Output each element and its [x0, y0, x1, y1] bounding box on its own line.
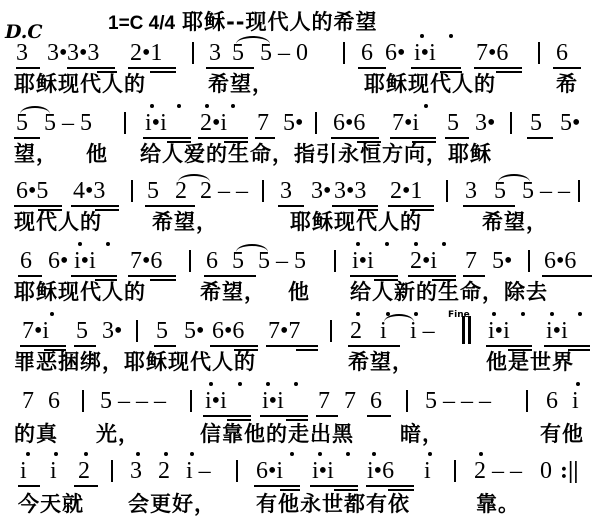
note: 7•i — [22, 318, 49, 344]
tie-slur — [236, 244, 268, 252]
lyric: 会更好， — [128, 492, 216, 516]
note: 6•6 — [544, 248, 576, 274]
beam-underline — [71, 205, 119, 207]
note: 5 – – – — [425, 388, 491, 414]
note: 5 – – – — [100, 388, 166, 414]
lyric: 信靠他的走出黑 — [200, 422, 354, 446]
beam-underline — [486, 345, 532, 347]
beam-underline — [280, 489, 300, 491]
octave-dot — [209, 382, 213, 386]
note: 6•5 — [16, 178, 48, 204]
lyric: 希望， — [208, 72, 274, 96]
note: 7 — [257, 110, 269, 136]
beam-underline — [260, 415, 308, 417]
lyric: 他 — [86, 142, 108, 166]
octave-dot — [318, 452, 322, 456]
beam-underline — [203, 415, 251, 417]
note: i•i — [262, 388, 284, 414]
beam-underline — [204, 275, 256, 277]
octave-dot — [492, 312, 496, 316]
beam-underline — [278, 205, 304, 207]
barline — [330, 320, 332, 342]
note: 2 – – — [474, 458, 522, 484]
octave-dot — [442, 242, 446, 246]
notes-line-2: 5 5 – 5 i•i 2•i 7 5• 6•6 7•i 5 3• 5 5• — [0, 110, 600, 136]
note: i•i — [145, 110, 167, 136]
note: i – — [186, 458, 211, 484]
beam-underline — [14, 205, 62, 207]
note: 7•7 — [268, 318, 300, 344]
note: 3 — [209, 40, 221, 66]
barline — [578, 180, 580, 202]
fine-barline — [462, 316, 465, 344]
note: i•i — [414, 40, 436, 66]
octave-dot — [356, 242, 360, 246]
note: 5 — [156, 318, 168, 344]
notes-line-1: 3 3• 3•3 2•1 3 5 5 – 0 6 6• i•i 7•6 6 — [0, 40, 600, 66]
note: 3• — [475, 110, 495, 136]
lyric: 光， — [96, 422, 140, 446]
note: i•6 — [367, 458, 394, 484]
note: 3 — [280, 178, 292, 204]
beam-underline — [553, 67, 581, 69]
lyric: 他 — [288, 280, 310, 304]
barline — [124, 112, 126, 134]
beam-underline — [254, 485, 300, 487]
lyrics-line-4: 耶稣现代人的 希望， 他 给人新的生命，除去 — [0, 280, 600, 306]
octave-dot — [521, 312, 525, 316]
note: 3• — [47, 40, 67, 66]
note: 7 — [465, 248, 477, 274]
barline — [315, 112, 317, 134]
note: 5 — [147, 178, 159, 204]
note: 5 — [530, 110, 542, 136]
lyric: 有他永世都有依 — [256, 492, 410, 516]
note: 5 — [447, 110, 459, 136]
octave-dot — [346, 452, 350, 456]
barline — [136, 320, 138, 342]
barline — [189, 250, 191, 272]
beam-underline — [463, 275, 485, 277]
beam-underline — [145, 205, 195, 207]
octave-dot — [54, 452, 58, 456]
lyrics-line-7: 今天就 会更好， 有他永世都有依 靠。 — [0, 492, 600, 518]
octave-dot — [449, 34, 453, 38]
note: 3• — [311, 178, 331, 204]
lyric: 给人爱的生命，指引永恒方向，耶稣 — [140, 142, 492, 166]
lyric: 靠。 — [476, 492, 520, 516]
octave-dot — [550, 312, 554, 316]
notes-line-3: 6•5 4•3 5 2 2 – – 3 3• 3•3 2•1 3 5 5 – – — [0, 178, 600, 204]
barline — [406, 390, 408, 412]
lyrics-line-2: 望， 他 给人爱的生命，指引永恒方向，耶稣 — [0, 142, 600, 168]
beam-underline — [334, 489, 358, 491]
note: 7 — [22, 388, 34, 414]
beam-underline — [348, 345, 400, 347]
tie-slur — [178, 174, 210, 182]
octave-dot — [231, 104, 235, 108]
beam-underline — [367, 415, 391, 417]
note: 2•i — [200, 110, 227, 136]
beam-underline — [128, 67, 176, 69]
beam-underline — [366, 485, 414, 487]
beam-underline — [388, 205, 434, 207]
note: 3•3 — [334, 178, 366, 204]
beam-underline — [206, 67, 254, 69]
beam-underline — [18, 275, 42, 277]
octave-dot — [372, 452, 376, 456]
barline — [334, 250, 336, 272]
octave-dot — [576, 382, 580, 386]
beam-underline — [331, 137, 379, 139]
sheet-music-page: D.C 1=C 4/4 耶稣--现代人的希望 3 3• 3•3 2•1 3 5 … — [0, 0, 600, 526]
note: 6 — [556, 40, 568, 66]
note: 6•6 — [212, 318, 244, 344]
lyric: 希望， — [152, 210, 218, 234]
lyric: 他是世界 — [486, 350, 574, 374]
note: 5 – 5 — [44, 110, 92, 136]
octave-dot — [424, 104, 428, 108]
beam-underline — [210, 345, 258, 347]
note: 5• — [560, 110, 580, 136]
beam-underline — [408, 275, 456, 277]
octave-dot — [136, 452, 140, 456]
beam-underline — [71, 275, 117, 277]
notes-line-4: 6 6• i•i 7•6 6 5 5 – 5 i•i 2•i 7 5• 6•6 — [0, 248, 600, 274]
note: 2 — [78, 458, 90, 484]
note: 6•6 — [333, 110, 365, 136]
barline — [82, 390, 84, 412]
beam-underline — [16, 67, 40, 69]
octave-dot — [84, 452, 88, 456]
beam-underline — [198, 137, 248, 139]
octave-dot — [190, 452, 194, 456]
tie-slur — [236, 36, 270, 44]
beam-underline — [255, 137, 275, 139]
octave-dot — [50, 312, 54, 316]
note: i•i — [74, 248, 96, 274]
octave-dot — [414, 242, 418, 246]
note: 5 — [76, 318, 88, 344]
tie-slur — [20, 106, 50, 114]
beam-underline — [463, 205, 515, 207]
octave-dot — [177, 104, 181, 108]
lyric: 暗， — [400, 422, 444, 446]
octave-dot — [356, 312, 360, 316]
note: i•i — [488, 318, 510, 344]
note: 3•3 — [67, 40, 99, 66]
note: 7 — [344, 388, 356, 414]
note: 3• — [102, 318, 122, 344]
lyric: 希望， — [348, 350, 414, 374]
barline — [343, 42, 345, 64]
barline — [454, 460, 456, 482]
barline — [190, 390, 192, 412]
note: 6 — [546, 388, 558, 414]
octave-dot — [578, 312, 582, 316]
note: 7•6 — [130, 248, 162, 274]
barline — [192, 42, 194, 64]
lyric: 罪恶捆绑，耶稣现代人的 — [14, 350, 256, 374]
beam-underline — [14, 137, 40, 139]
repeat-end-sign: :|| — [560, 458, 579, 484]
beam-underline — [18, 485, 40, 487]
note: 2 — [350, 318, 362, 344]
beam-underline — [74, 485, 98, 487]
note: 5• — [492, 248, 512, 274]
beam-underline — [390, 137, 436, 139]
lyric: 耶稣现代人的 — [14, 72, 146, 96]
lyrics-line-5: 罪恶捆绑，耶稣现代人的 希望， 他是世界 — [0, 350, 600, 376]
beam-underline — [544, 345, 590, 347]
note: 6• — [385, 40, 405, 66]
header: 1=C 4/4 耶稣--现代人的希望 — [108, 6, 378, 36]
note: 0 — [540, 458, 552, 484]
note: 6 — [361, 40, 373, 66]
barline — [538, 42, 540, 64]
note: 2•1 — [390, 178, 422, 204]
fine-barline — [468, 316, 471, 344]
notes-line-5: 7•i 5 3• 5 5• 6•6 7•7 2 i i – Fine i•i i… — [0, 318, 600, 344]
beam-underline — [20, 345, 66, 347]
note: i•i — [352, 248, 374, 274]
octave-dot — [420, 34, 424, 38]
octave-dot — [26, 452, 30, 456]
beam-underline — [445, 137, 469, 139]
beam-underline — [388, 489, 414, 491]
lyric: 耶稣现代人的 — [290, 210, 422, 234]
beam-underline — [350, 275, 398, 277]
lyric: 望， — [14, 142, 58, 166]
tie-slur — [498, 174, 530, 182]
note: 6 — [48, 388, 60, 414]
note: 7•i — [392, 110, 419, 136]
barline — [111, 460, 113, 482]
note: i•i — [546, 318, 568, 344]
beam-underline — [286, 419, 308, 421]
barline — [446, 180, 448, 202]
note: 6 — [20, 248, 32, 274]
octave-dot — [385, 242, 389, 246]
lyrics-line-3: 现代人的 希望， 耶稣现代人的 希望， — [0, 210, 600, 236]
octave-dot — [294, 382, 298, 386]
lyric: 的真 — [14, 422, 58, 446]
note: 5• — [283, 110, 303, 136]
barline — [131, 180, 133, 202]
note: i•i — [205, 388, 227, 414]
note: i — [20, 458, 27, 484]
note: i•i — [312, 458, 334, 484]
notes-line-6: 7 6 5 – – – i•i i•i 7 7 6 5 – – – 6 i — [0, 388, 600, 414]
octave-dot — [414, 312, 418, 316]
lyric: 有他 — [540, 422, 584, 446]
notes-line-7: i i 2 3 2 i – 6•i i•i i•6 i 2 – – 0 :|| — [0, 458, 600, 484]
lyric: 耶稣现代人的 — [364, 72, 496, 96]
beam-underline — [143, 137, 191, 139]
note: 2 — [158, 458, 170, 484]
lyric: 希 — [556, 72, 578, 96]
beam-underline — [154, 345, 176, 347]
key-signature: 1=C 4/4 — [108, 13, 175, 34]
note: 5• — [184, 318, 204, 344]
octave-dot — [150, 104, 154, 108]
note: 3 — [16, 40, 28, 66]
beam-underline — [358, 67, 386, 69]
song-title: 耶稣--现代人的希望 — [182, 10, 377, 34]
note: 6 — [370, 388, 382, 414]
beam-underline — [74, 345, 96, 347]
octave-dot — [78, 242, 82, 246]
beam-underline — [542, 275, 592, 277]
note: 7 — [318, 388, 330, 414]
note: i — [50, 458, 57, 484]
note: 6 — [206, 248, 218, 274]
note: 2•i — [410, 248, 437, 274]
beam-underline — [128, 275, 176, 277]
beam-underline — [266, 345, 318, 347]
octave-dot — [479, 452, 483, 456]
beam-underline — [67, 67, 115, 69]
note: i — [424, 458, 431, 484]
beam-underline — [316, 415, 338, 417]
octave-dot — [266, 382, 270, 386]
octave-dot — [386, 312, 390, 316]
note: 2•1 — [130, 40, 162, 66]
note: i — [572, 388, 579, 414]
barline — [526, 390, 528, 412]
fine-mark: Fine — [448, 310, 470, 320]
lyrics-line-1: 耶稣现代人的 希望， 耶稣现代人的 希 — [0, 72, 600, 98]
octave-dot — [238, 382, 242, 386]
note: 3 — [130, 458, 142, 484]
lyric: 耶稣现代人的 — [14, 280, 146, 304]
beam-underline — [332, 205, 378, 207]
note: 6•i — [256, 458, 283, 484]
note: 4•3 — [73, 178, 105, 204]
lyric: 今天就 — [18, 492, 84, 516]
octave-dot — [106, 242, 110, 246]
lyrics-line-6: 的真 光， 信靠他的走出黑 暗， 有他 — [0, 422, 600, 448]
beam-underline — [527, 137, 553, 139]
lyric: 现代人的 — [14, 210, 102, 234]
note: 3 — [465, 178, 477, 204]
beam-underline — [474, 67, 522, 69]
barline — [262, 180, 264, 202]
lyric: 希望， — [200, 280, 266, 304]
barline — [510, 112, 512, 134]
barline — [528, 250, 530, 272]
beam-underline — [310, 485, 358, 487]
barline — [236, 460, 238, 482]
octave-dot — [205, 104, 209, 108]
beam-underline — [227, 419, 251, 421]
note: 6• — [48, 248, 68, 274]
lyric: 给人新的生命，除去 — [350, 280, 548, 304]
beam-underline — [411, 67, 461, 69]
note: 7•6 — [476, 40, 508, 66]
octave-dot — [290, 452, 294, 456]
octave-dot — [164, 452, 168, 456]
octave-dot — [428, 452, 432, 456]
lyric: 希望， — [482, 210, 548, 234]
